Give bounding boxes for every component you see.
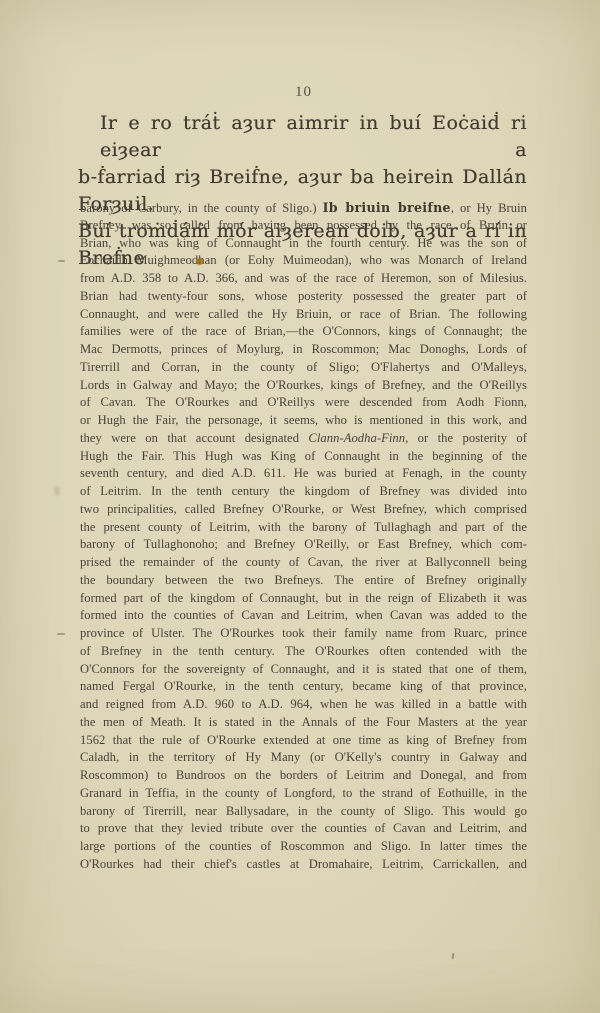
text-line: formed into the counties of Cavan and Le… (80, 607, 527, 625)
text-line: large portions of the counties of Roscom… (80, 838, 527, 856)
paper-speck (452, 953, 455, 959)
text-line: Granard in Teffia, in the county of Long… (80, 785, 527, 803)
text-line: Roscommon) to Bundroos on the borders of… (80, 767, 527, 785)
text-line: the men of Meath. It is stated in the An… (80, 714, 527, 732)
text-line: Eochaidh Muighmeodhan (or Eohy Muimeodan… (80, 252, 527, 270)
text-line: Connaught, and were called the Hy Briuin… (80, 306, 527, 324)
body-text: barony of Carbury, in the county of Slig… (80, 199, 527, 874)
text-line: and reigned from A.D. 960 to A.D. 964, w… (80, 696, 527, 714)
text-line: Mac Dermotts, princes of Moylurg, in Ros… (80, 341, 527, 359)
text-line: of Leitrim. In the tenth century the kin… (80, 483, 527, 501)
text-line: Brian, who was king of Connaught in the … (80, 235, 527, 253)
page-number: 10 (80, 84, 527, 101)
text-line: Hugh the Fair. This Hugh was King of Con… (80, 448, 527, 466)
text-line: of Cavan. The O'Rourkes and O'Reillys we… (80, 394, 527, 412)
text-line: O'Connors for the sovereignty of Connaug… (80, 661, 527, 679)
text-line: the boundary between the two Brefneys. T… (80, 572, 527, 590)
text-line: prised the remainder of the county of Ca… (80, 554, 527, 572)
text-line: barony of Carbury, in the county of Slig… (80, 199, 527, 217)
text-line: province of Ulster. The O'Rourkes took t… (80, 625, 527, 643)
text-line: from A.D. 358 to A.D. 366, and was of th… (80, 270, 527, 288)
text-line: seventh century, and died A.D. 611. He w… (80, 465, 527, 483)
text-line: Tirerrill and Corran, in the county of S… (80, 359, 527, 377)
text-line: the present county of Leitrim, with the … (80, 519, 527, 537)
text-line: 1562 that the rule of O'Rourke extended … (80, 732, 527, 750)
text-line: to prove that they levied tribute over t… (80, 820, 527, 838)
ink-blot-mark (196, 258, 203, 265)
text-line: Brefney, was so called from having been … (80, 217, 527, 235)
text-line: named Fergal O'Rourke, in the tenth cent… (80, 678, 527, 696)
text-line: or Hugh the Fair, the personage, it seem… (80, 412, 527, 430)
text-line: formed part of the kingdom of Connaught,… (80, 590, 527, 608)
text-line: Caladh, in the territory of Hy Many (or … (80, 749, 527, 767)
gaelic-heading-line: Ir e ro tráṫ aȝur aimrir in buí Eoċaiḋ r… (78, 110, 527, 164)
margin-pencil-mark (58, 260, 65, 262)
text-line: families were of the race of Brian,—the … (80, 323, 527, 341)
text-line: Brian had twenty-four sons, whose poster… (80, 288, 527, 306)
text-line: barony of Tullaghonoho; and Brefney O'Re… (80, 536, 527, 554)
text-line: two principalities, called Brefney O'Rou… (80, 501, 527, 519)
book-page: 10 Ir e ro tráṫ aȝur aimrir in buí Eoċai… (0, 0, 600, 1013)
text-line: they were on that account designated Cla… (80, 430, 527, 448)
text-line: barony of Tirerrill, near Ballysadare, i… (80, 803, 527, 821)
margin-smudge-mark (54, 486, 60, 496)
text-line: Lords in Galway and Mayo; the O'Rourkes,… (80, 377, 527, 395)
margin-pencil-mark (57, 633, 65, 635)
text-line: O'Rourkes had their chief's castles at D… (80, 856, 527, 874)
text-line: of Brefney in the tenth century. The O'R… (80, 643, 527, 661)
